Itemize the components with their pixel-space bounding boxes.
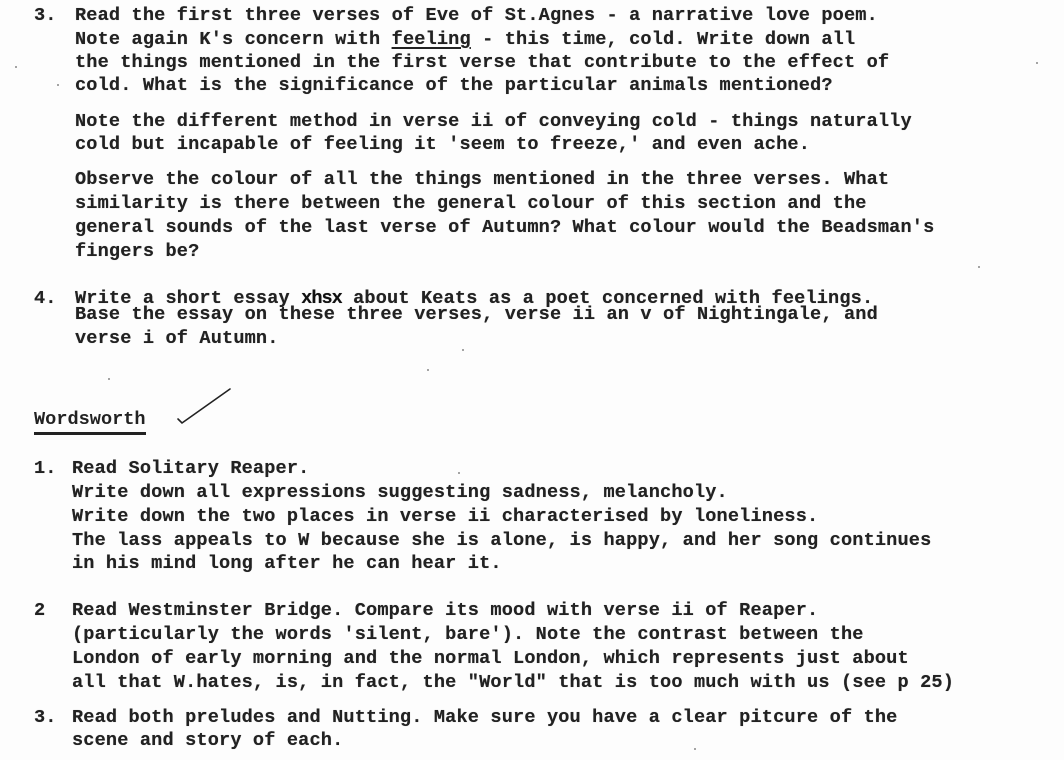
- text-line: Note the different method in verse ii of…: [75, 110, 912, 134]
- text-span: Note again K's concern with: [75, 29, 392, 50]
- scan-speck: [15, 66, 17, 68]
- scan-speck: [57, 84, 59, 86]
- text-line: general sounds of the last verse of Autu…: [75, 216, 934, 240]
- text-line: Read Solitary Reaper.: [72, 457, 309, 481]
- item-number: 2: [34, 599, 45, 623]
- text-line: Write down the two places in verse ii ch…: [72, 505, 818, 529]
- text-line: Base the essay on these three verses, ve…: [75, 303, 878, 327]
- scan-speck: [458, 472, 460, 474]
- text-line: cold but incapable of feeling it 'seem t…: [75, 133, 810, 157]
- item-number: 4.: [34, 287, 57, 311]
- scan-speck: [462, 349, 464, 351]
- text-line: scene and story of each.: [72, 729, 343, 753]
- typewritten-page: 3. Read the first three verses of Eve of…: [0, 0, 1064, 760]
- checkmark-icon: [176, 387, 232, 427]
- text-line: Note again K's concern with feeling - th…: [75, 28, 855, 52]
- text-line: cold. What is the significance of the pa…: [75, 74, 833, 98]
- text-line: all that W.hates, is, in fact, the "Worl…: [72, 671, 954, 695]
- scan-speck: [427, 369, 429, 371]
- text-line: the things mentioned in the first verse …: [75, 51, 889, 75]
- scan-speck: [1036, 62, 1038, 64]
- underlined-word: feeling: [392, 29, 471, 50]
- scan-speck: [108, 378, 110, 380]
- text-line: Read Westminster Bridge. Compare its moo…: [72, 599, 818, 623]
- text-span: - this time, cold. Write down all: [471, 29, 855, 50]
- text-line: Read the first three verses of Eve of St…: [75, 4, 878, 28]
- scan-speck: [694, 748, 696, 750]
- scan-speck: [978, 266, 980, 268]
- item-number: 3.: [34, 706, 57, 730]
- item-number: 1.: [34, 457, 57, 481]
- text-line: fingers be?: [75, 240, 199, 264]
- item-number: 3.: [34, 4, 57, 28]
- text-line: The lass appeals to W because she is alo…: [72, 529, 931, 553]
- text-line: Read both preludes and Nutting. Make sur…: [72, 706, 898, 730]
- text-line: (particularly the words 'silent, bare').…: [72, 623, 864, 647]
- text-line: in his mind long after he can hear it.: [72, 552, 502, 576]
- text-line: Observe the colour of all the things men…: [75, 168, 889, 192]
- text-line: Write down all expressions suggesting sa…: [72, 481, 728, 505]
- section-heading: Wordsworth: [34, 408, 146, 435]
- text-line: verse i of Autumn.: [75, 327, 279, 351]
- text-line: similarity is there between the general …: [75, 192, 867, 216]
- text-line: London of early morning and the normal L…: [72, 647, 909, 671]
